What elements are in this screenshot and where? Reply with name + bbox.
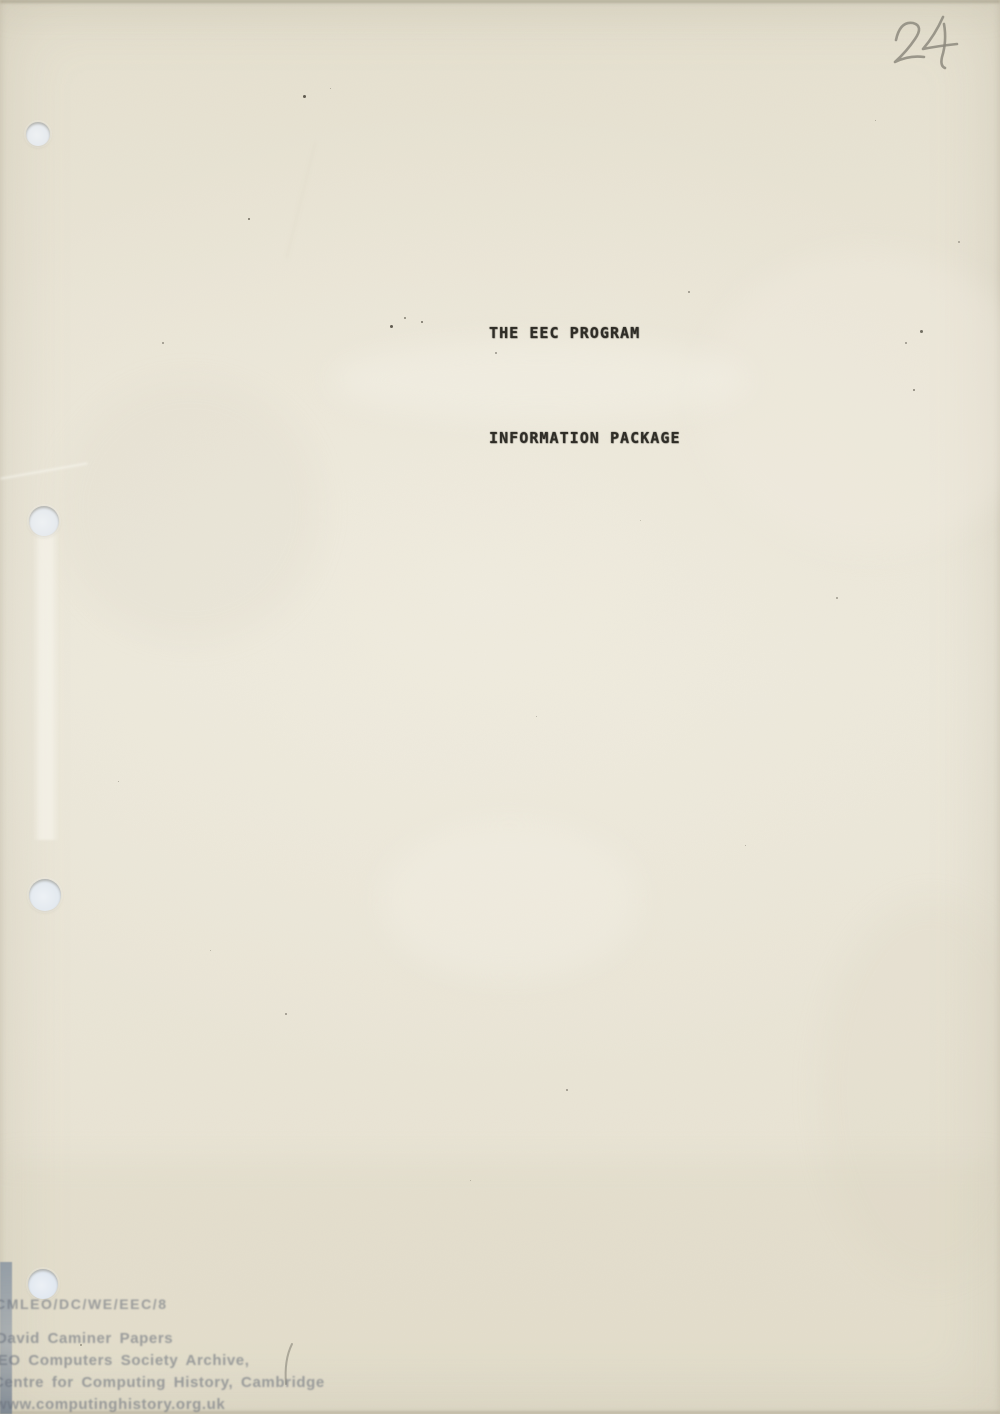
paper-speck (248, 218, 250, 220)
punch-hole (26, 122, 50, 146)
punch-hole (28, 1269, 58, 1299)
watermark-line: David Caminer Papers (0, 1330, 173, 1347)
scanned-document-page: THE EEC PROGRAM INFORMATION PACKAGE 24 C… (0, 0, 1000, 1414)
punch-hole (29, 879, 61, 911)
paper-speck (404, 317, 406, 319)
scan-edge-strip (0, 1262, 12, 1414)
handwritten-page-number (880, 8, 972, 74)
paper-speck (390, 325, 393, 328)
reinforcement-strip (33, 512, 59, 840)
paper-speck (905, 342, 907, 344)
paper-speck (162, 342, 164, 344)
title-line-2: INFORMATION PACKAGE (489, 421, 681, 456)
paper-stain (380, 820, 640, 980)
paper-speck (920, 330, 923, 333)
paper-crease (0, 462, 87, 479)
archive-watermark: CMLEO/DC/WE/EEC/8 David Caminer Papers L… (0, 0, 1000, 1414)
title-line-1: THE EEC PROGRAM (489, 316, 681, 351)
paper-speck (118, 781, 119, 782)
paper-speck (913, 389, 915, 391)
paper-speck (958, 241, 960, 243)
watermark-line: LEO Computers Society Archive, (0, 1352, 250, 1369)
document-title: THE EEC PROGRAM INFORMATION PACKAGE (489, 246, 681, 526)
paper-speck (303, 95, 306, 98)
paper-speck (536, 716, 537, 717)
paper-speck (836, 597, 838, 599)
paper-speck (210, 950, 211, 951)
paper-stain (60, 380, 320, 640)
punch-hole (29, 506, 59, 536)
paper-speck (875, 120, 876, 121)
paper-speck (421, 321, 423, 323)
paper-speck (285, 1013, 287, 1015)
scan-edge-top (0, 0, 1000, 3)
paper-grain-texture (0, 0, 1000, 1414)
paper-stain (700, 250, 1000, 550)
paper-speck (688, 291, 690, 293)
paper-crease (286, 142, 317, 259)
paper-speck (566, 1089, 568, 1091)
pencil-stroke (270, 1338, 310, 1394)
paper-speck (470, 1180, 471, 1181)
paper-speck (330, 88, 331, 89)
paper-stain (820, 900, 1000, 1280)
paper-stain (0, 1160, 1000, 1414)
archive-reference: CMLEO/DC/WE/EEC/8 (0, 1296, 168, 1312)
paper-speck (80, 1344, 82, 1346)
paper-speck (745, 845, 746, 846)
